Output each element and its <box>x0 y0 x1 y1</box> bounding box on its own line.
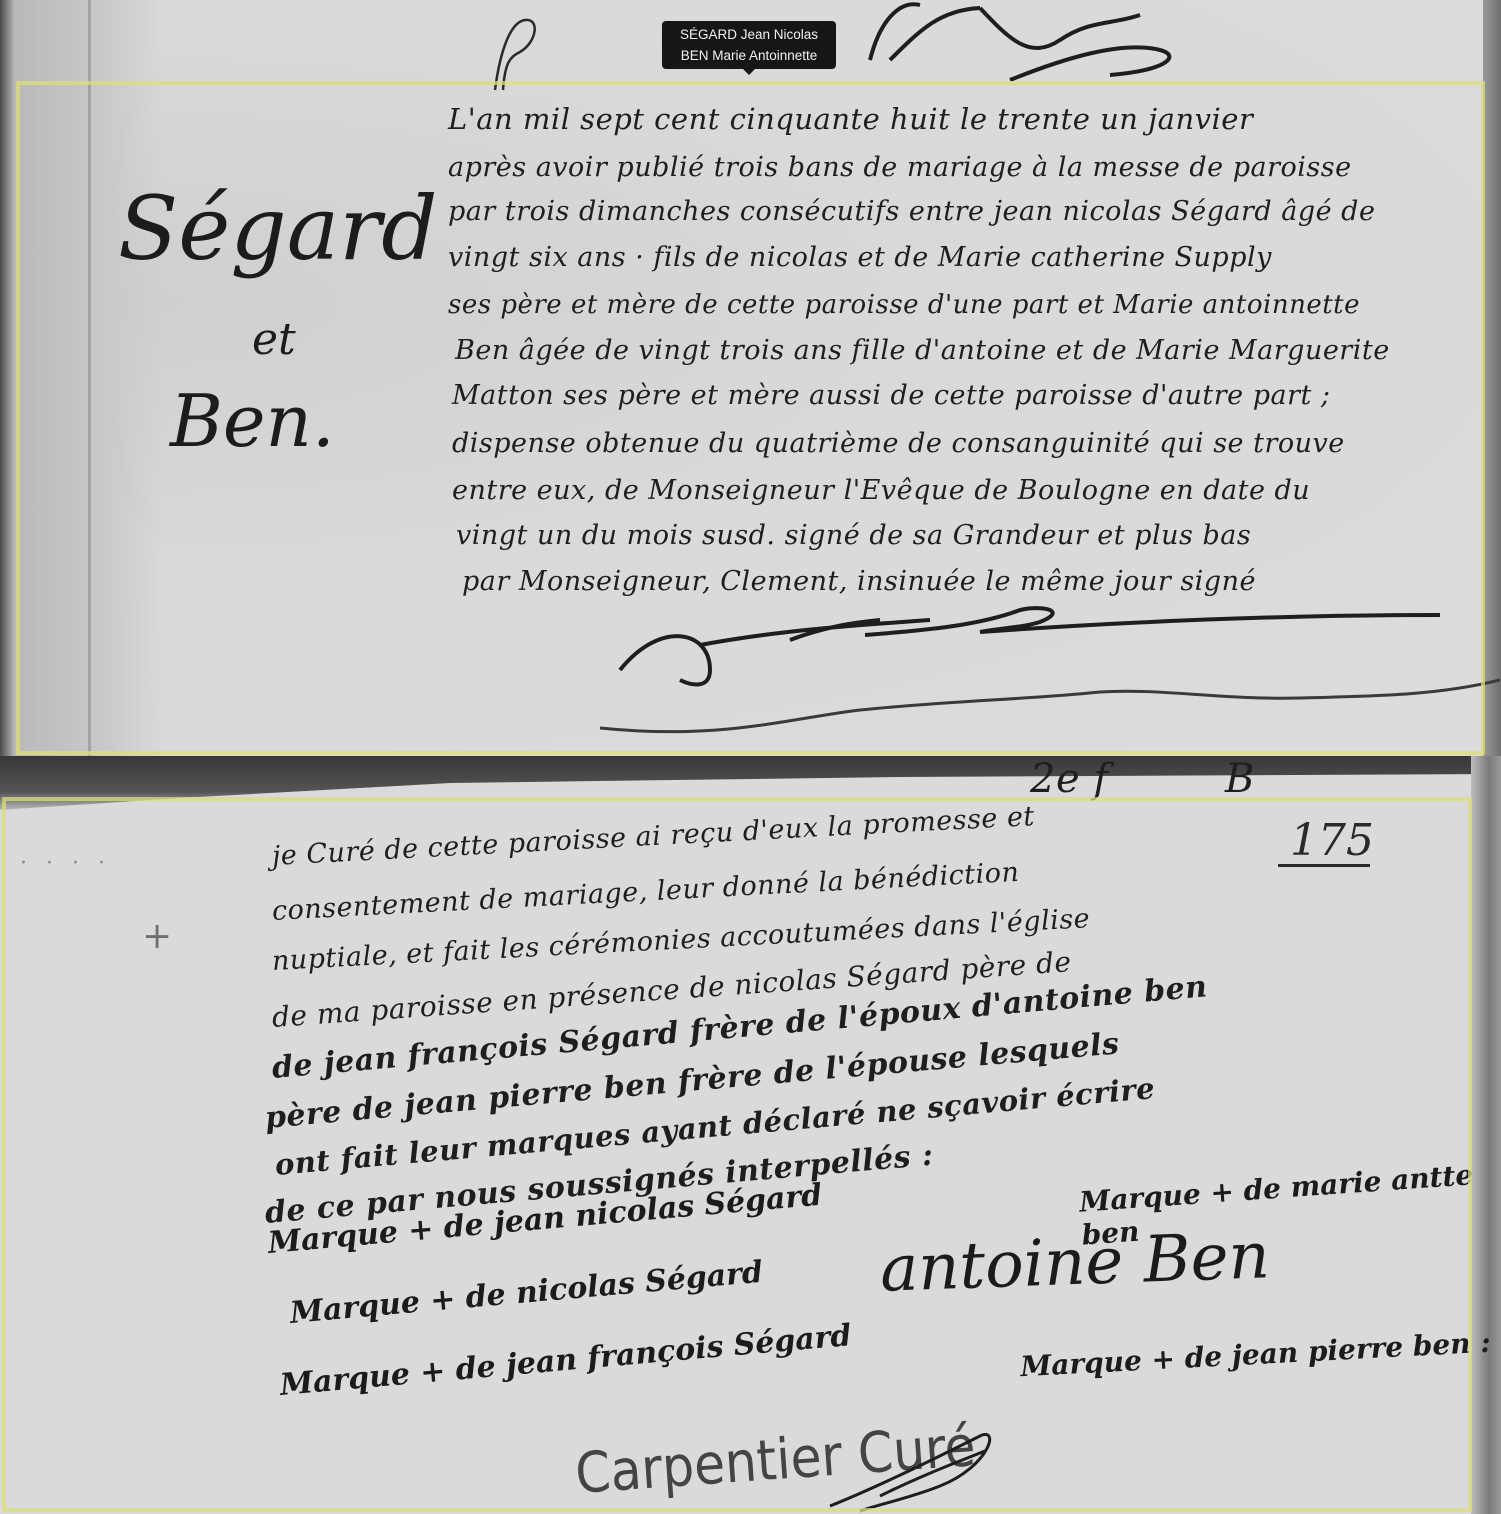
header-mark: 2e f <box>1030 756 1109 802</box>
page-binding-edge <box>0 0 14 756</box>
page-right-edge <box>1471 756 1501 1514</box>
tooltip-bride-name: BEN Marie Antoinnette <box>662 45 836 66</box>
initial-l-mark <box>465 12 555 92</box>
header-mark: B <box>1225 756 1255 802</box>
record-tooltip: SÉGARD Jean Nicolas BEN Marie Antoinnett… <box>662 21 836 69</box>
record-highlight-top[interactable] <box>16 81 1485 755</box>
record-highlight-bottom[interactable] <box>2 797 1472 1512</box>
previous-signature-flourish <box>860 0 1220 90</box>
tooltip-groom-name: SÉGARD Jean Nicolas <box>662 24 836 45</box>
